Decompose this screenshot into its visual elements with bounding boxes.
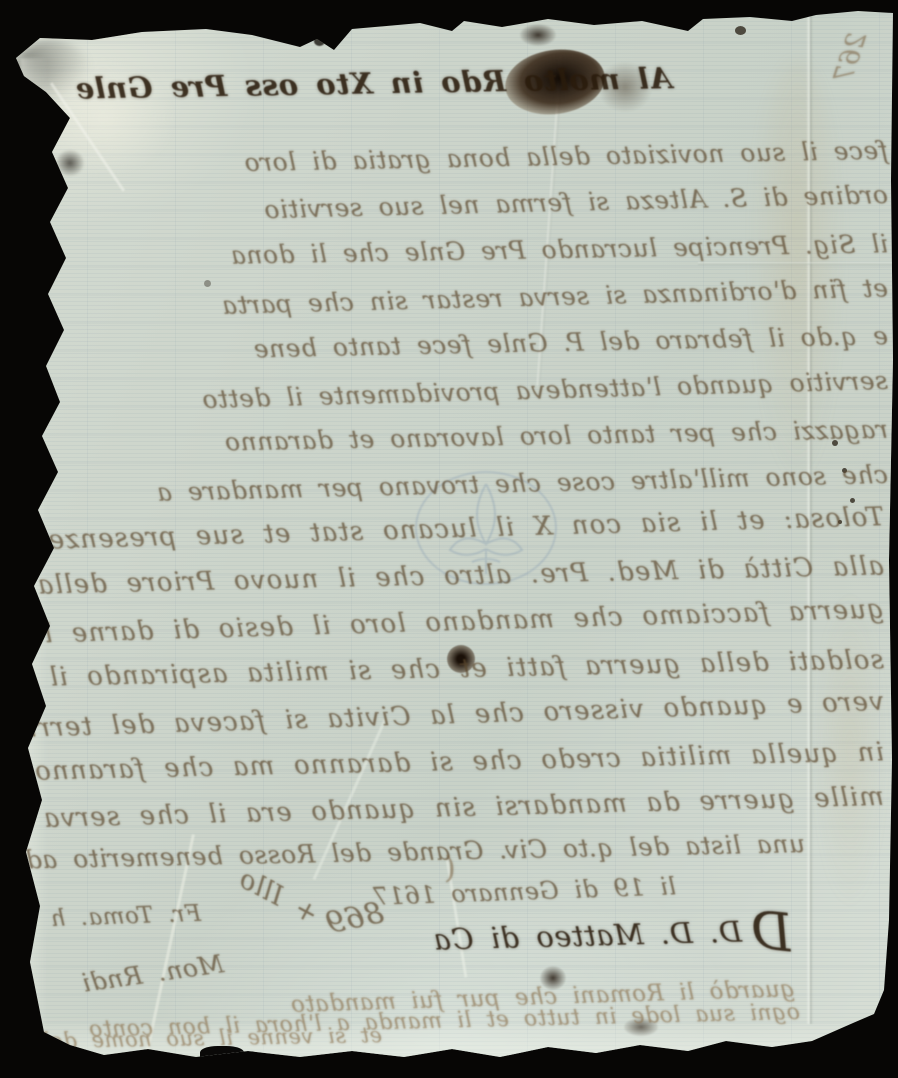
letter-heading: Al molto Rdo in Xto oss Pre Gnle: [350, 61, 673, 101]
scanner-background: Al molto Rdo in Xto oss Pre Gnle fece il…: [0, 0, 898, 1078]
horizontal-fold-crease: [698, 262, 893, 265]
tear-notch-dark: [314, 36, 325, 46]
left-deckle-highlight: [20, 58, 48, 1038]
signature: D. D. Matteo di Ca: [480, 915, 743, 956]
signature-initial-flourish: D: [739, 900, 795, 965]
ink-blot-top-small: [520, 24, 556, 46]
manuscript-page: Al molto Rdo in Xto oss Pre Gnle fece il…: [0, 0, 898, 1078]
smudge-left-edge: [56, 150, 84, 176]
fly-speck: [204, 280, 211, 287]
left-note: Fr. Toma. h: [76, 901, 202, 931]
fly-speck: [735, 26, 746, 35]
